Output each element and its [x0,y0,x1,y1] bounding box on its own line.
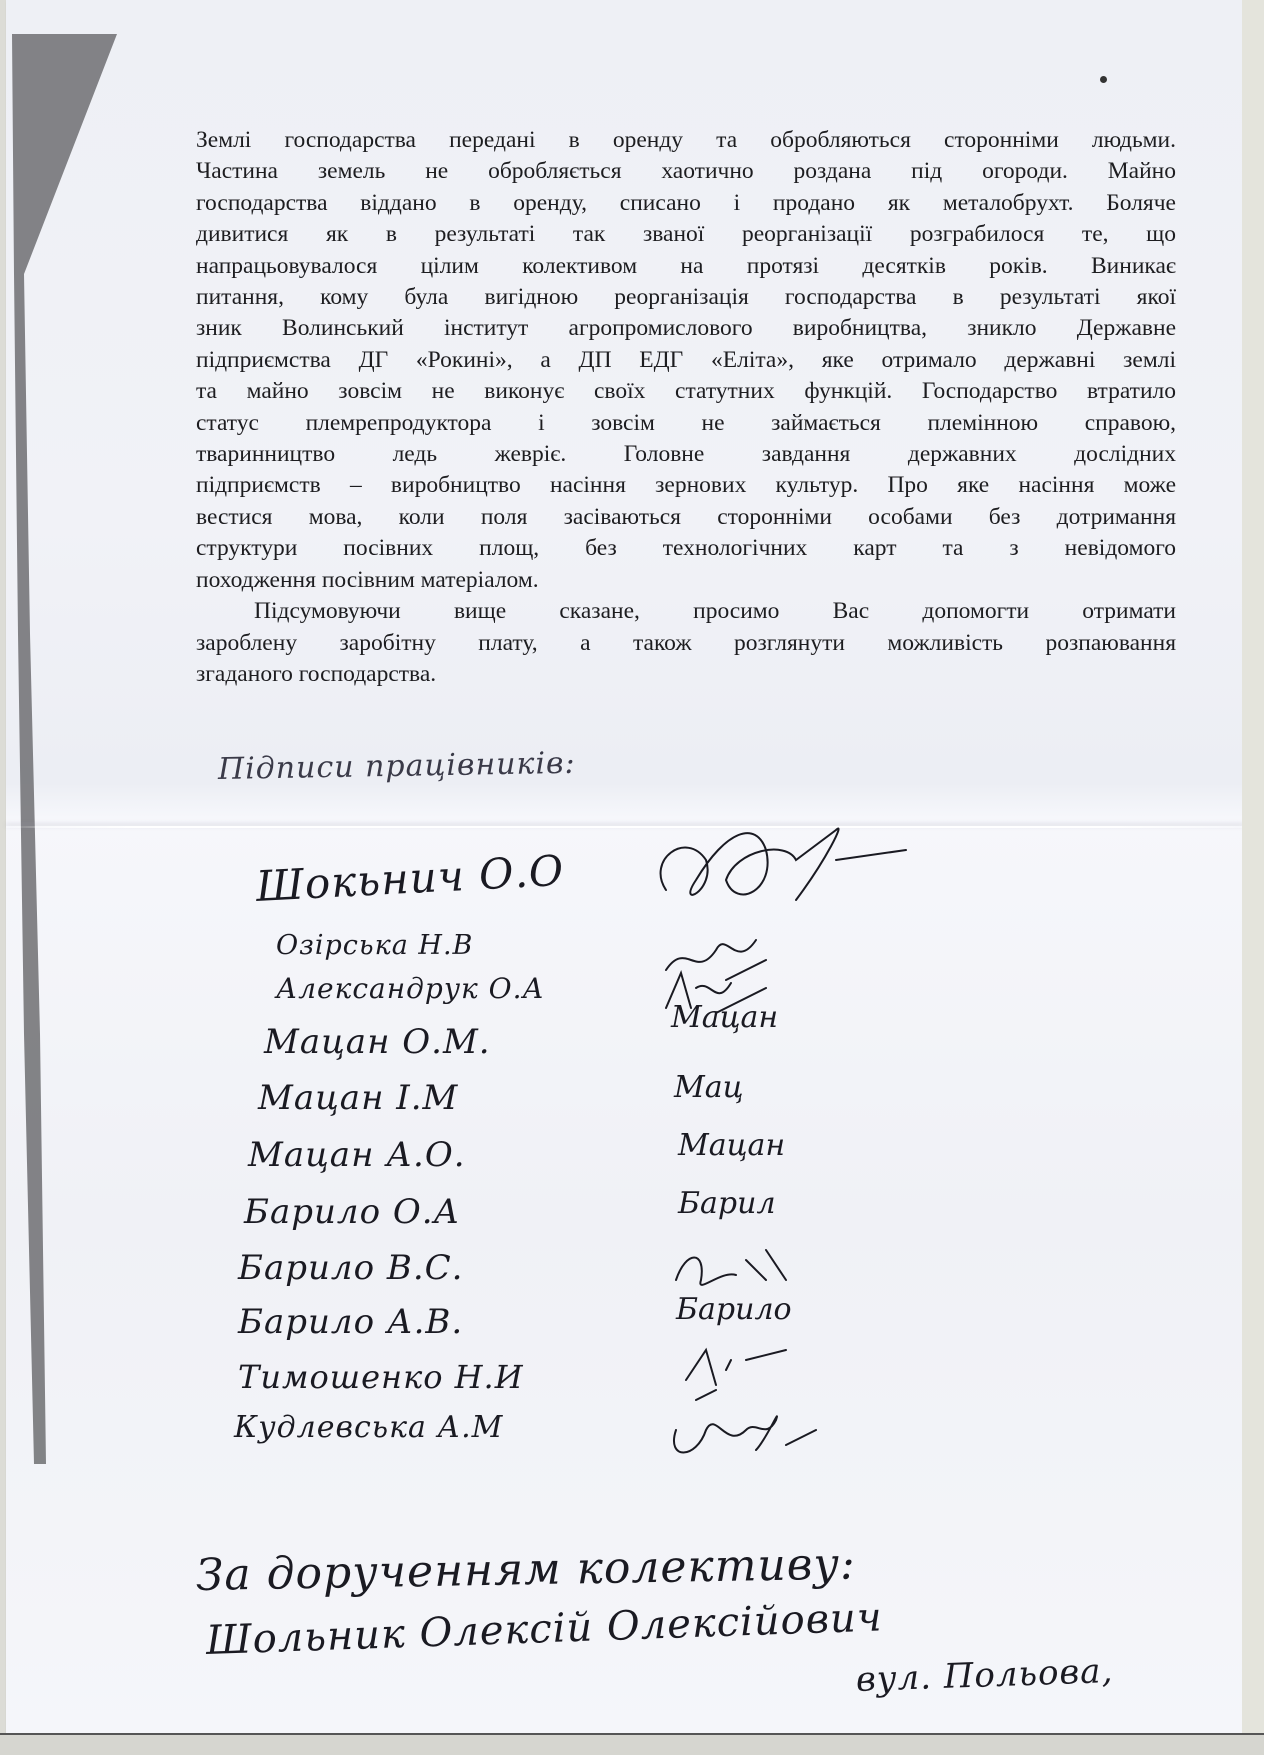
text-line: підприємства ДГ «Рокині», а ДП ЕДГ «Еліт… [196,345,1176,376]
text-line: господарства віддано в оренду, списано і… [196,188,1176,219]
text-line: зник Волинський інститут агропромисловог… [196,313,1176,344]
signatory-name: Барило А.В. [238,1302,463,1342]
signatory-name: Александрук О.А [276,972,545,1005]
scanner-edge-bottom [0,1733,1264,1755]
paragraph-2: Підсумовуючи вище сказане, просимо Вас д… [196,596,1176,690]
text-line: згаданого господарства. [196,659,1176,690]
signature: Барило [676,1292,792,1327]
signatory-name: Кудлевська А.М [234,1410,503,1445]
paper-fold [6,826,1244,828]
signature-scribble [656,1400,856,1470]
signatory-name: Мацан О.М. [264,1022,491,1062]
text-line: зароблену заробітну плату, а також розгл… [196,628,1176,659]
signature: Мацан [678,1128,785,1163]
text-line: дивитися як в результаті так званої реор… [196,219,1176,250]
text-line: Підсумовуючи вище сказане, просимо Вас д… [196,596,1176,627]
text-line: структури посівних площ, без технологічн… [196,533,1176,564]
signature: Мац [674,1070,744,1105]
signatory-name: Мацан І.М [258,1078,458,1118]
text-line: напрацьовувалося цілим колективом на про… [196,251,1176,282]
signatory-name: Шокьнич О.О [255,846,566,911]
representative-name: Шольник Олексій Олексійович [205,1594,883,1664]
text-line: Частина земель не обробляється хаотично … [196,156,1176,187]
signatory-name: Барило В.С. [238,1248,463,1288]
ink-dot [1100,76,1107,83]
text-line: вестися мова, коли поля засіваються стор… [196,502,1176,533]
text-line: статус племрепродуктора і зовсім не займ… [196,408,1176,439]
text-line: підприємств – виробництво насіння зернов… [196,470,1176,501]
paragraph-1: Землі господарства передані в оренду та … [196,125,1176,596]
signatures-heading: Підписи працівників: [218,746,576,787]
text-line: тваринництво ледь жевріє. Головне завдан… [196,439,1176,470]
scanned-page: Землі господарства передані в оренду та … [6,0,1244,1740]
signature-scribble [656,1340,856,1400]
text-line: походження посівним матеріалом. [196,565,1176,596]
representative-address: вул. Польова, [855,1651,1114,1700]
signatory-name: Тимошенко Н.И [238,1358,524,1396]
text-line: питання, кому була вигідною реорганізаці… [196,282,1176,313]
on-behalf-heading: За дорученням колективу: [196,1538,857,1601]
signature: Барил [678,1186,776,1221]
scanner-edge-right [1242,0,1264,1755]
copier-shadow-artifact [12,34,122,1464]
signature-scribble [666,1240,826,1300]
signature-scribble [646,820,906,940]
signature: Мацан [671,1000,778,1035]
letter-body: Землі господарства передані в оренду та … [196,125,1176,690]
signatory-name: Мацан А.О. [248,1135,466,1175]
signatory-name: Озірська Н.В [276,930,473,961]
text-line: Землі господарства передані в оренду та … [196,125,1176,156]
signatory-name: Барило О.А [244,1192,460,1232]
text-line: та майно зовсім не виконує своїх статутн… [196,376,1176,407]
